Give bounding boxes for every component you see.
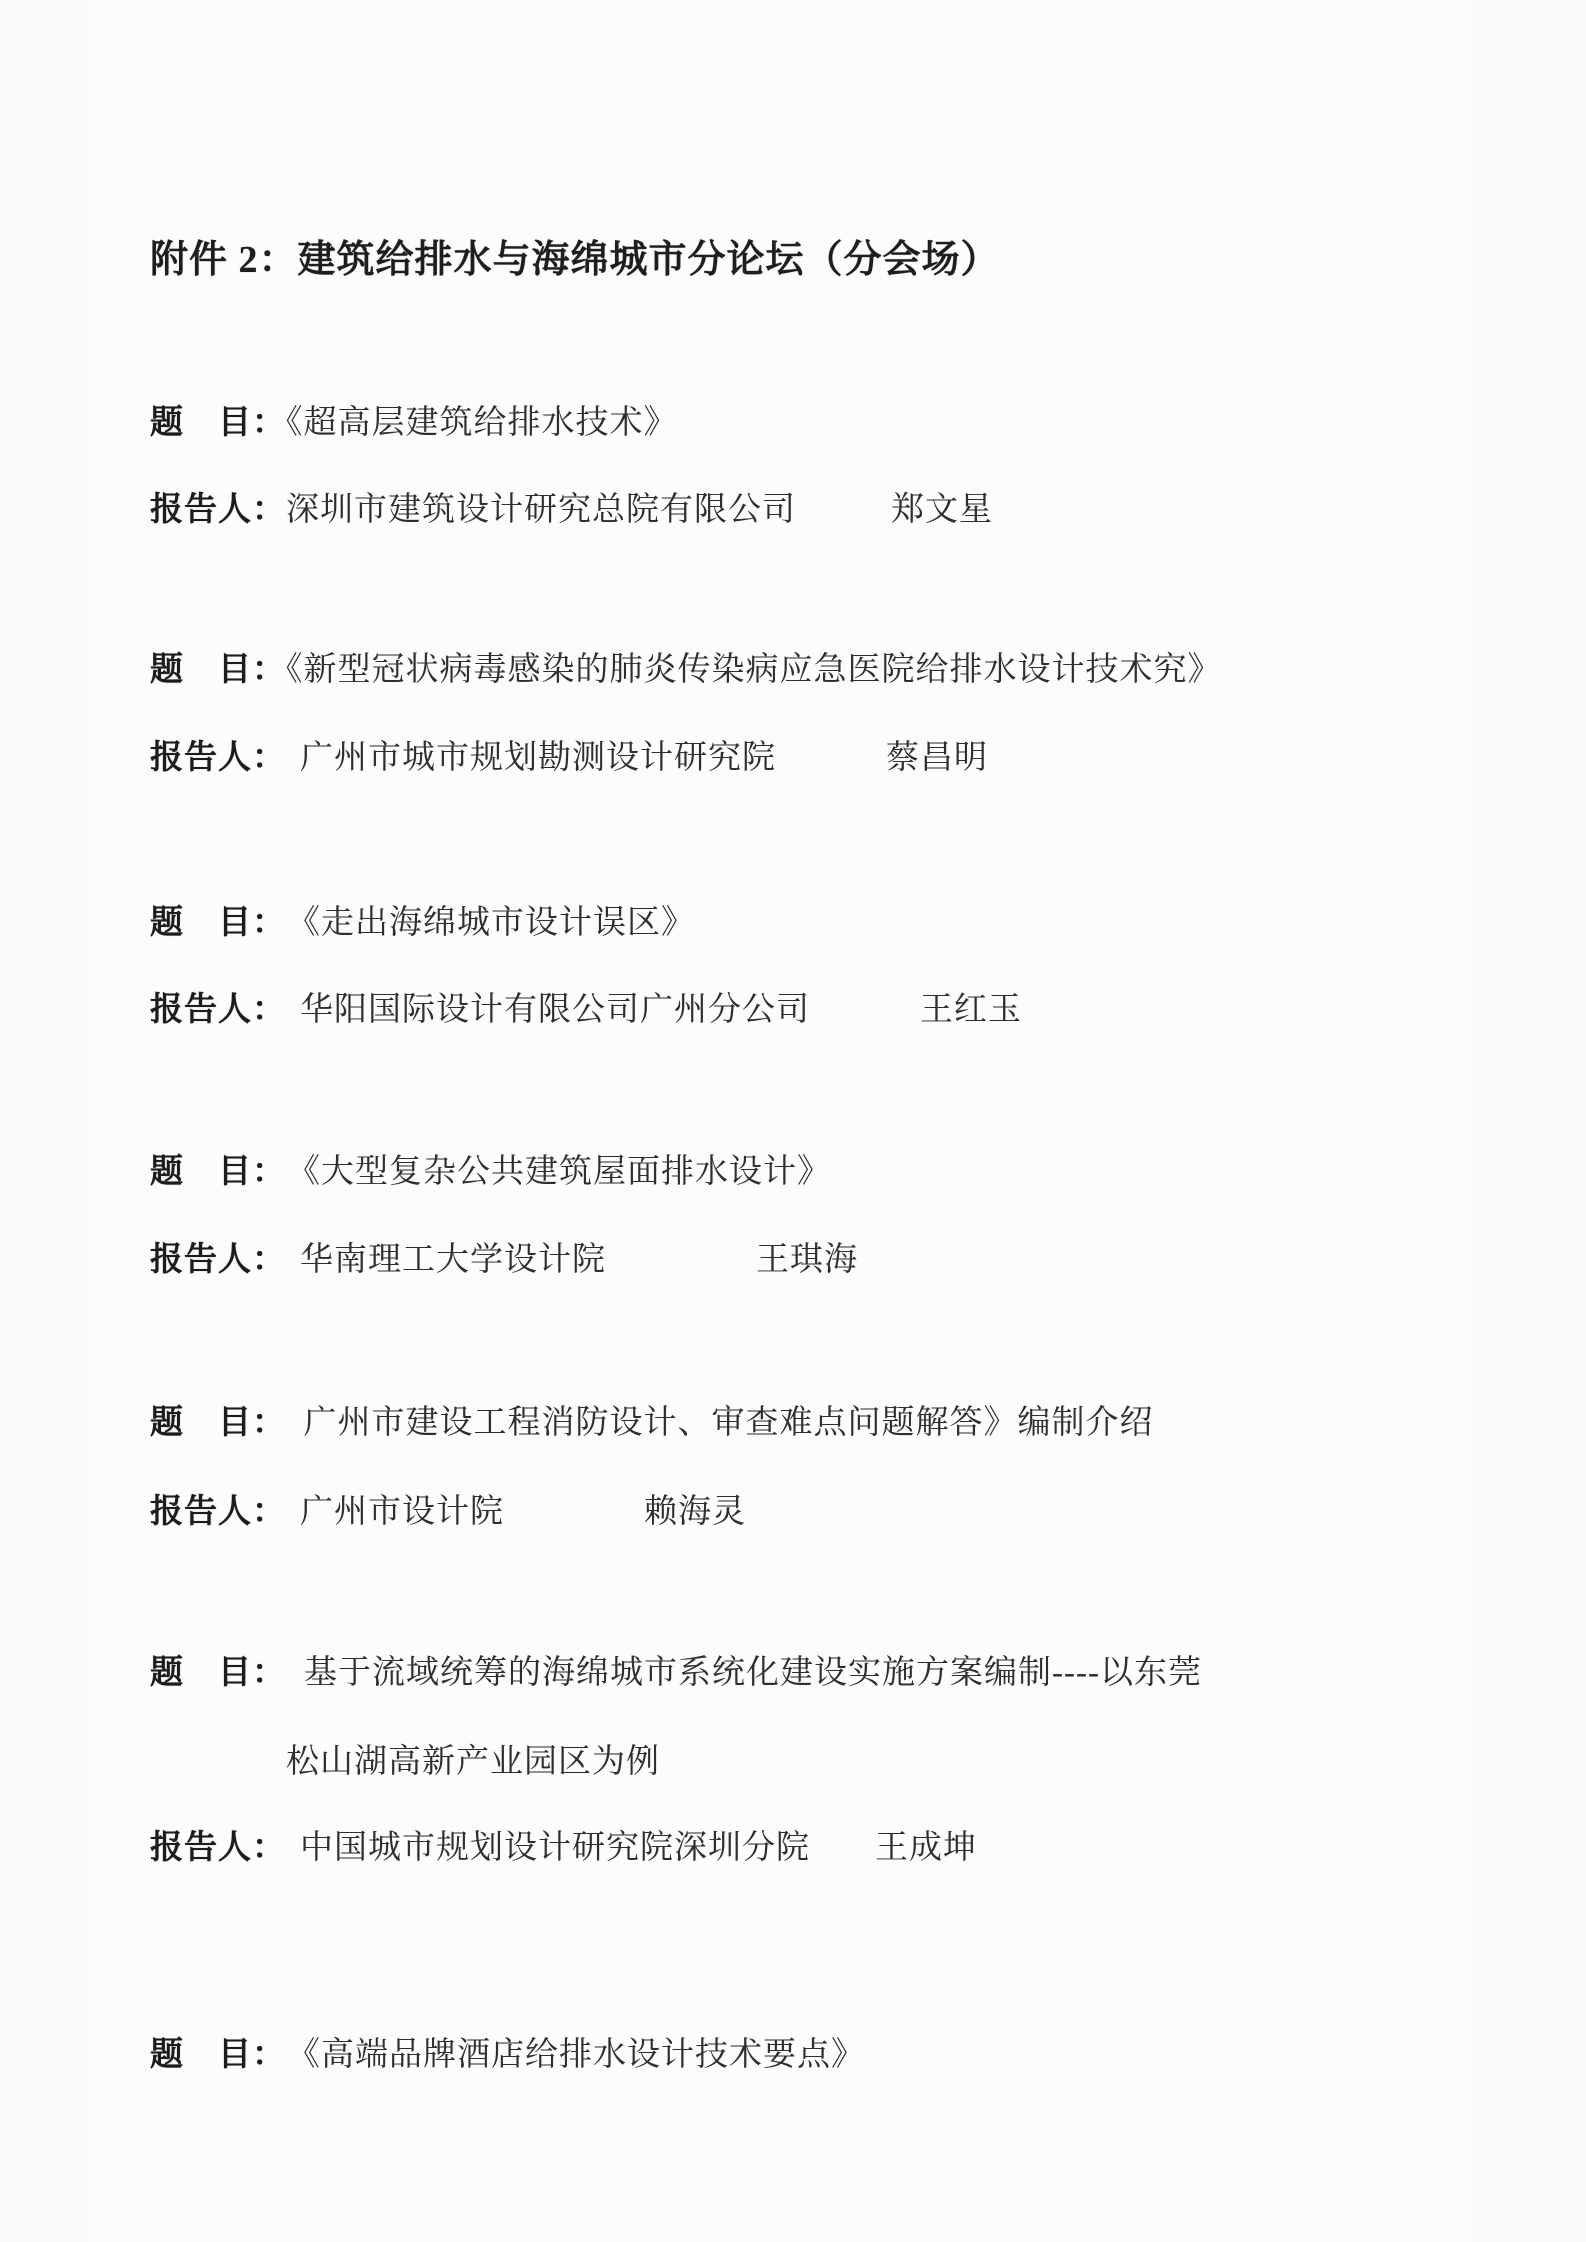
page-title: 附件 2：建筑给排水与海绵城市分论坛（分会场） <box>150 234 1000 286</box>
session-title-continued: 松山湖高新产业园区为例 <box>286 1744 660 1780</box>
entry-title-line: 题 目： 《走出海绵城市设计误区》 <box>150 900 695 946</box>
presenter-org: 中国城市规划设计研究院深圳分院 <box>300 1830 810 1866</box>
entry-presenter-line: 报告人：广州市设计院赖海灵 <box>150 1489 746 1535</box>
presenter-label: 报告人： <box>150 1494 286 1530</box>
presenter-org: 广州市设计院 <box>300 1494 504 1530</box>
entry-title-line-continued: 松山湖高新产业园区为例 <box>286 1739 660 1785</box>
presenter-org: 华南理工大学设计院 <box>300 1242 606 1278</box>
entry-presenter-line: 报告人：华阳国际设计有限公司广州分公司王红玉 <box>150 987 1022 1033</box>
topic-label: 题 目： <box>150 2037 270 2073</box>
topic-label: 题 目： <box>150 652 286 688</box>
entry-presenter-line: 报告人：华南理工大学设计院王琪海 <box>150 1237 858 1283</box>
session-title: 《高端品牌酒店给排水设计技术要点》 <box>270 2037 866 2073</box>
session-title: 《大型复杂公共建筑屋面排水设计》 <box>270 1154 832 1190</box>
entry-presenter-line: 报告人：中国城市规划设计研究院深圳分院王成坤 <box>150 1825 977 1871</box>
entry-title-line: 题 目：《超高层建筑给排水技术》 <box>150 400 678 446</box>
entry-title-line: 题 目： 广州市建设工程消防设计、审查难点问题解答》编制介绍 <box>150 1400 1154 1446</box>
entry-title-line: 题 目： 《高端品牌酒店给排水设计技术要点》 <box>150 2032 865 2078</box>
presenter-name: 赖海灵 <box>644 1489 746 1535</box>
entry-presenter-line: 报告人：深圳市建筑设计研究总院有限公司郑文星 <box>150 487 993 533</box>
presenter-label: 报告人： <box>150 1830 286 1866</box>
topic-label: 题 目： <box>150 1154 270 1190</box>
presenter-org: 华阳国际设计有限公司广州分公司 <box>300 992 810 1028</box>
session-title: 《新型冠状病毒感染的肺炎传染病应急医院给排水设计技术究》 <box>286 652 1222 688</box>
presenter-name: 王成坤 <box>875 1825 977 1871</box>
presenter-label: 报告人： <box>150 492 286 528</box>
presenter-name: 蔡昌明 <box>886 735 988 781</box>
entry-title-line: 题 目：《新型冠状病毒感染的肺炎传染病应急医院给排水设计技术究》 <box>150 647 1222 693</box>
session-title: 《超高层建筑给排水技术》 <box>286 405 678 441</box>
presenter-label: 报告人： <box>150 740 286 776</box>
entry-presenter-line: 报告人：广州市城市规划勘测设计研究院蔡昌明 <box>150 735 988 781</box>
topic-label: 题 目： <box>150 1655 286 1691</box>
topic-label: 题 目： <box>150 405 286 441</box>
session-title: 广州市建设工程消防设计、审查难点问题解答》编制介绍 <box>270 1405 1154 1441</box>
presenter-name: 王琪海 <box>756 1237 858 1283</box>
presenter-org: 深圳市建筑设计研究总院有限公司 <box>286 492 796 528</box>
entry-title-line: 题 目：基于流域统筹的海绵城市系统化建设实施方案编制----以东莞 <box>150 1650 1202 1696</box>
presenter-org: 广州市城市规划勘测设计研究院 <box>300 740 776 776</box>
document-page: 附件 2：建筑给排水与海绵城市分论坛（分会场） 题 目：《超高层建筑给排水技术》… <box>0 0 1586 2242</box>
session-title: 《走出海绵城市设计误区》 <box>270 905 696 941</box>
presenter-name: 王红玉 <box>920 987 1022 1033</box>
attachment-number: 附件 2： <box>150 239 298 281</box>
entry-title-line: 题 目： 《大型复杂公共建筑屋面排水设计》 <box>150 1149 831 1195</box>
presenter-name: 郑文星 <box>891 487 993 533</box>
forum-title: 建筑给排水与海绵城市分论坛（分会场） <box>298 239 1000 281</box>
presenter-label: 报告人： <box>150 1242 286 1278</box>
session-title: 基于流域统筹的海绵城市系统化建设实施方案编制----以东莞 <box>304 1655 1202 1691</box>
presenter-label: 报告人： <box>150 992 286 1028</box>
topic-label: 题 目： <box>150 905 270 941</box>
topic-label: 题 目： <box>150 1405 270 1441</box>
